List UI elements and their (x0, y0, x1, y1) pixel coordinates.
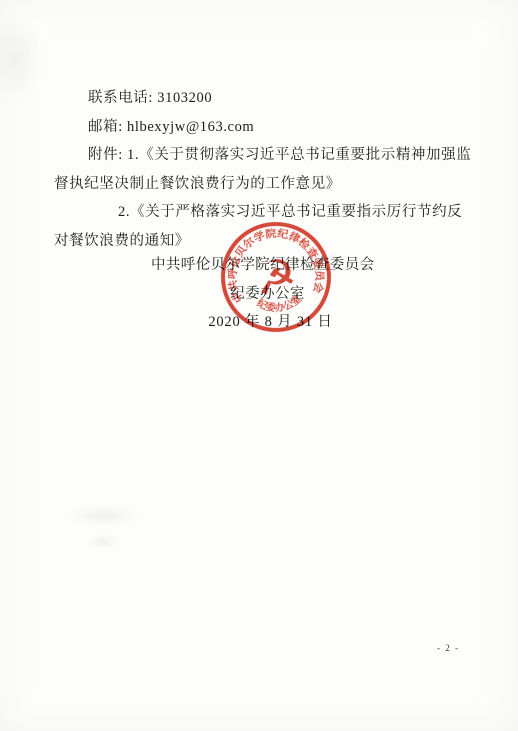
scan-smudge (68, 504, 140, 528)
page-number: - 2 - (437, 643, 460, 653)
scan-smudge (0, 14, 46, 104)
scan-smudge (86, 534, 120, 550)
official-seal: 中共呼伦贝尔学院纪律检查委员会 ☭ 纪委办公室 (208, 209, 344, 345)
document-page: 联系电话: 3103200 邮箱: hlbexyjw@163.com 附件: 1… (0, 0, 518, 731)
contact-line: 联系电话: 3103200 (54, 84, 464, 113)
attachment-line-1: 附件: 1.《关于贯彻落实习近平总书记重要批示精神加强监 (54, 141, 464, 170)
attachment-line-1-wrap: 督执纪坚决制止餐饮浪费行为的工作意见》 (54, 170, 464, 199)
email-line: 邮箱: hlbexyjw@163.com (54, 113, 464, 142)
